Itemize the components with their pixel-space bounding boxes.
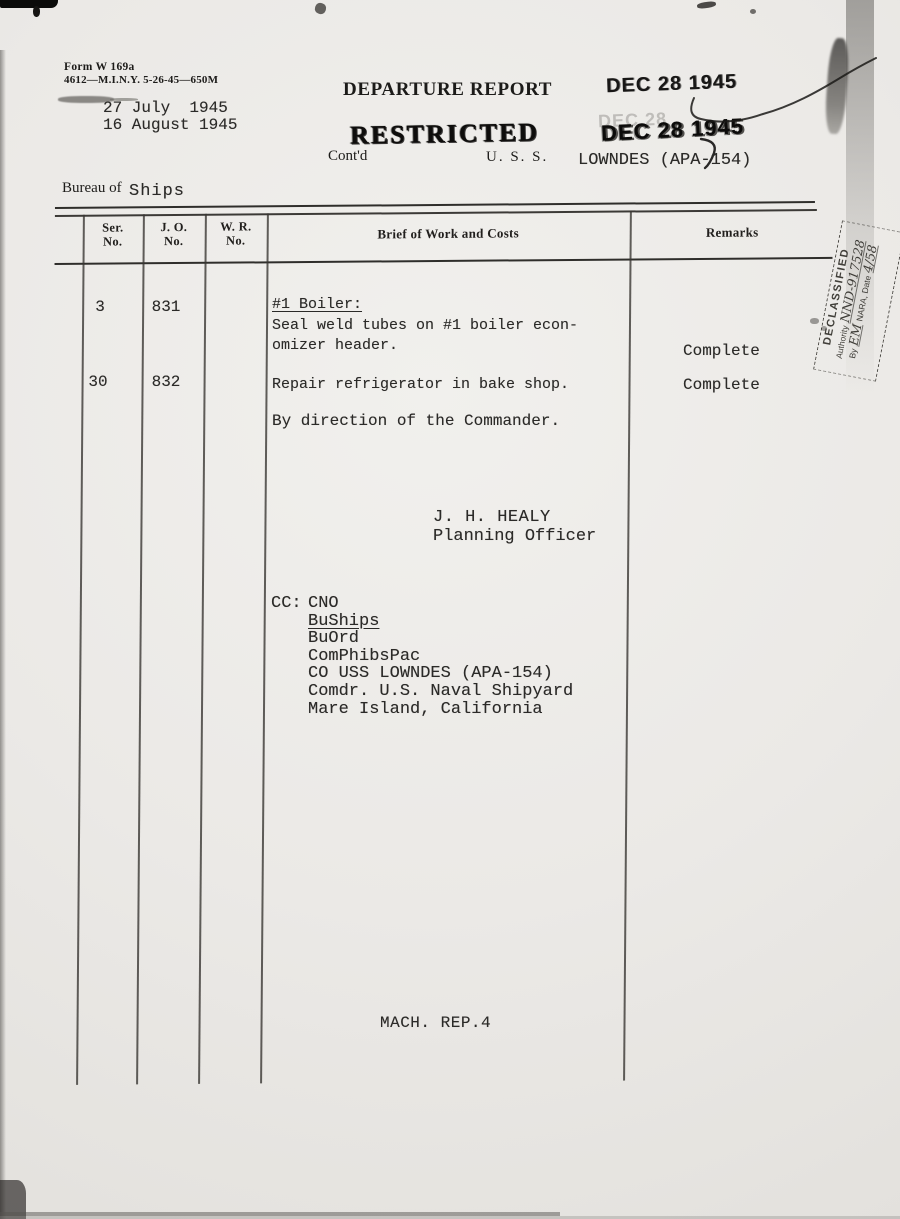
work-line: Seal weld tubes on #1 boiler econ- — [272, 316, 578, 337]
col-header-remarks: Remarks — [630, 224, 835, 242]
report-date-line: 27 July 1945 — [103, 100, 237, 117]
footer-mach-rep: MACH. REP.4 — [380, 1014, 491, 1032]
col-header-brief: Brief of Work and Costs — [267, 224, 630, 243]
table-top-rule-2 — [55, 209, 817, 216]
report-date-line: 16 August 1945 — [103, 117, 237, 134]
bureau-of-label: Bureau of — [62, 180, 122, 197]
cc-item: CO USS LOWNDES (APA-154) — [308, 665, 573, 683]
declass-by-label: By — [847, 348, 859, 360]
handwritten-swoosh-mark — [612, 52, 882, 137]
scan-artifact-top-mark — [314, 2, 328, 16]
scan-artifact-top-mark — [697, 1, 717, 10]
scan-artifact-dot — [750, 9, 756, 14]
cc-item: BuOrd — [308, 630, 573, 648]
table-column-rule — [623, 210, 631, 1080]
row2-remark: Complete — [683, 376, 760, 394]
table-column-rule — [260, 213, 268, 1083]
cc-item: Comdr. U.S. Naval Shipyard — [308, 683, 573, 701]
declass-date-value: 4/58 — [862, 244, 879, 274]
col-header-ser: Ser. No. — [83, 220, 143, 248]
row1-jo-no: 831 — [140, 298, 192, 316]
report-dates: 27 July 1945 16 August 1945 — [103, 100, 237, 134]
scan-artifact-bottom-edge — [0, 1212, 560, 1216]
col-header-wr: W. R. No. — [205, 219, 267, 247]
declass-by-value: EM — [848, 323, 864, 347]
scan-artifact-left-edge — [0, 50, 6, 1219]
scan-artifact-top-strip — [0, 0, 58, 8]
cc-item: CNO — [308, 595, 573, 613]
uss-label: U. S. S. — [486, 149, 548, 166]
row2-jo-no: 832 — [140, 373, 192, 391]
table-column-rule — [198, 214, 206, 1084]
bureau-of-value: Ships — [129, 182, 185, 201]
row2-work: Repair refrigerator in bake shop. — [272, 376, 569, 393]
cc-list: CC: CNO BuShips BuOrd ComPhibsPac CO USS… — [308, 595, 573, 718]
scan-artifact-bottom-left-corner — [0, 1180, 26, 1219]
classification-stamp: RESTRICTED — [350, 117, 540, 150]
page-title: DEPARTURE REPORT — [343, 79, 552, 101]
ship-name: LOWNDES (APA-154) — [578, 151, 751, 170]
row1-work: #1 Boiler: Seal weld tubes on #1 boiler … — [272, 295, 578, 357]
scan-artifact-top-strip-tail — [33, 6, 40, 17]
table-header-rule — [55, 257, 833, 265]
row2-ser-no: 30 — [78, 373, 118, 391]
by-direction-line: By direction of the Commander. — [272, 412, 560, 430]
form-number-line2: 4612—M.I.N.Y. 5-26-45—650M — [64, 74, 218, 86]
form-number-line1: Form W 169a — [64, 61, 135, 73]
row1-ser-no: 3 — [80, 298, 120, 316]
cc-item: Mare Island, California — [308, 701, 573, 719]
cc-item: ComPhibsPac — [308, 648, 573, 666]
cc-item: BuShips — [308, 613, 573, 631]
signature-title: Planning Officer — [433, 527, 596, 546]
contd-label: Cont'd — [328, 148, 367, 165]
work-line: omizer header. — [272, 336, 578, 357]
cc-label: CC: — [271, 595, 302, 613]
work-title: #1 Boiler: — [272, 296, 362, 313]
table-column-rule — [76, 215, 84, 1085]
row1-remark: Complete — [683, 342, 760, 360]
col-header-jo: J. O. No. — [143, 220, 205, 248]
signature-name: J. H. HEALY — [433, 508, 551, 527]
table-column-rule — [136, 214, 144, 1084]
table-top-rule-1 — [55, 201, 815, 209]
document-page: Form W 169a 4612—M.I.N.Y. 5-26-45—650M 2… — [0, 0, 900, 1219]
